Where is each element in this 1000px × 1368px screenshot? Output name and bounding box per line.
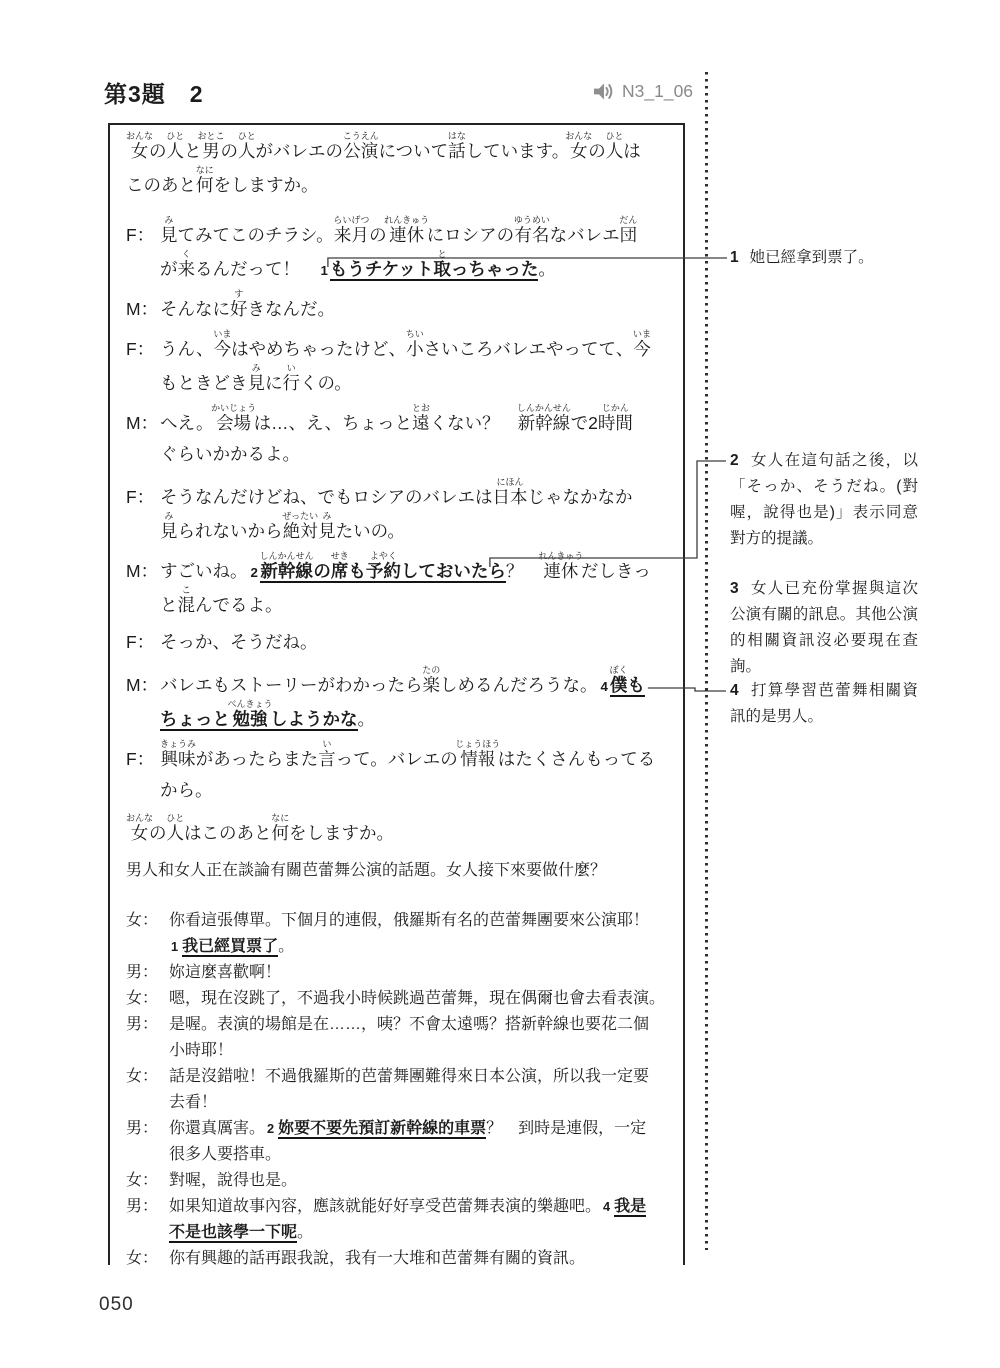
dialogue-line: 女：嗯，現在沒跳了，不過我小時候跳過芭蕾舞，現在偶爾也會去看表演。: [126, 986, 673, 1012]
answer-number: 4: [601, 679, 608, 694]
dialogue-turn: M：そんなに好すきなんだ。: [126, 289, 673, 323]
speaker-label: 女：: [126, 908, 169, 934]
dialogue-line: 女：你有興趣的話再跟我說，我有一大堆和芭蕾舞有關的資訊。: [126, 1246, 673, 1272]
dialogue-line: M：バレエもストーリーがわかったら楽たのしめるんだろうな。4僕ぼくも: [126, 665, 673, 699]
dialogue-turn: F：そっか、そうだね。: [126, 625, 673, 659]
ruby-annotated-text: 男おとこ: [202, 141, 221, 161]
dialogue-line: 女：你看這張傳單。下個月的連假，俄羅斯有名的芭蕾舞團要來公演耶！: [126, 908, 673, 934]
dialogue-line: 1我已經買票了。: [126, 934, 673, 960]
dialogue-line: F：そっか、そうだね。: [126, 625, 673, 659]
ruby-annotated-text: 勉強べんきょう: [230, 709, 270, 729]
speaker-label: M：: [126, 292, 160, 326]
dialogue-line: 男：你還真厲害。2妳要不要先預訂新幹線的車票？ 到時是連假，一定: [126, 1116, 673, 1142]
chinese-intro: 男人和女人正在談論有關芭蕾舞公演的話題。女人接下來要做什麼？: [126, 856, 673, 886]
speaker-label: 女：: [126, 1246, 169, 1272]
ruby-annotated-text: 見み: [160, 225, 178, 245]
dialogue-line: 男：妳這麼喜歡啊！: [126, 960, 673, 986]
speaker-label: F：: [126, 625, 160, 659]
ruby-annotated-text: 連休れんきゅう: [387, 225, 427, 245]
margin-note: 4打算學習芭蕾舞相關資訊的是男人。: [730, 678, 918, 730]
underlined-phrase: 不是也該學一下呢: [169, 1224, 297, 1243]
underlined-phrase: 新幹線しんかんせんの席せきも予約よやくしておいたら: [260, 561, 506, 583]
ruby-annotated-text: 絶対ぜったい: [283, 521, 319, 541]
dialogue-turn: 女：話是沒錯啦！不過俄羅斯的芭蕾舞團難得來日本公演，所以我一定要去看！: [126, 1064, 673, 1116]
underlined-phrase: 我已經買票了: [182, 938, 278, 957]
dialogue-line: ぐらいかかるよ。: [126, 437, 673, 471]
answer-number: 1: [171, 939, 178, 954]
dialogue-turn: 女：你有興趣的話再跟我說，我有一大堆和芭蕾舞有關的資訊。: [126, 1246, 673, 1272]
dialogue-turn: F：うん、今いまはやめちゃったけど、小ちいさいころバレエやってて、今いまもときど…: [126, 329, 673, 397]
note-number: 1: [730, 249, 739, 266]
dialogue-line: と混こんでるよ。: [126, 585, 673, 619]
dialogue-line: 小時耶！: [126, 1038, 673, 1064]
dialogue-line: 女：話是沒錯啦！不過俄羅斯的芭蕾舞團難得來日本公演，所以我一定要: [126, 1064, 673, 1090]
dialogue-line: 女おんなの人ひとと男おとこの人ひとがバレエの公演こうえんについて話はなしています…: [126, 131, 673, 165]
answer-number: 1: [321, 263, 328, 278]
dialogue-line: 見みられないから絶対ぜったい見みたいの。: [126, 511, 673, 545]
dialogue-turn: 男：你還真厲害。2妳要不要先預訂新幹線的車票？ 到時是連假，一定很多人要搭車。: [126, 1116, 673, 1168]
dialogue-line: M：へえ。会場かいじょうは…、え、ちょっと遠とおくない？ 新幹線しんかんせんで2…: [126, 403, 673, 437]
ruby-annotated-text: 見み: [160, 521, 178, 541]
dialogue-line: 男：如果知道故事內容，應該就能好好享受芭蕾舞表演的樂趣吧。4我是: [126, 1194, 673, 1220]
ruby-annotated-text: 今いま: [214, 339, 232, 359]
ruby-annotated-text: 人ひと: [167, 823, 185, 843]
ruby-annotated-text: 来く: [178, 259, 196, 279]
dialogue-turn: 男：如果知道故事內容，應該就能好好享受芭蕾舞表演的樂趣吧。4我是不是也該學一下呢…: [126, 1194, 673, 1246]
underlined-phrase: もうチケット取とっちゃった: [330, 259, 538, 281]
margin-note: 2女人在這句話之後，以「そっか、そうだね。(對喔，說得也是)」表示同意對方的提議…: [730, 448, 918, 552]
ruby-annotated-text: 席せき: [331, 561, 349, 581]
speaker-label: F：: [126, 218, 160, 252]
ruby-annotated-text: 来月らいげつ: [334, 225, 370, 245]
ruby-annotated-text: 今いま: [633, 339, 651, 359]
dialogue-turn: 女：對喔，說得也是。: [126, 1168, 673, 1194]
speaker-label: 女：: [126, 1064, 169, 1090]
dialogue-line: このあと何なにをしますか。: [126, 165, 673, 199]
ruby-annotated-text: 好す: [230, 299, 248, 319]
dialogue-line: から。: [126, 773, 673, 807]
answer-number: 2: [251, 565, 258, 580]
japanese-dialogue: F：見みてみてこのチラシ。来月らいげつの連休れんきゅうにロシアの有名ゆうめいなバ…: [126, 215, 673, 807]
dialogue-turn: 女：你看這張傳單。下個月的連假，俄羅斯有名的芭蕾舞團要來公演耶！1我已經買票了。: [126, 908, 673, 960]
audio-track: N3_1_06: [592, 81, 693, 102]
ruby-annotated-text: 行い: [283, 373, 301, 393]
ruby-annotated-text: 見み: [248, 373, 266, 393]
dialogue-line: F：そうなんだけどね、でもロシアのバレエは日本にほんじゃなかなか: [126, 477, 673, 511]
dialogue-line: 女おんなの人ひとはこのあと何なにをしますか。: [126, 813, 673, 847]
ruby-annotated-text: 興味きょうみ: [160, 749, 196, 769]
ruby-annotated-text: 時間じかん: [598, 413, 633, 433]
ruby-annotated-text: 女おんな: [126, 141, 149, 161]
speaker-label: 男：: [126, 1194, 169, 1220]
speaker-label: F：: [126, 480, 160, 514]
ruby-annotated-text: 話はな: [448, 141, 466, 161]
ruby-annotated-text: 予約よやく: [366, 561, 401, 581]
margin-note: 1她已經拿到票了。: [730, 245, 918, 271]
note-number: 2: [730, 452, 739, 469]
japanese-question: 女おんなの人ひとはこのあと何なにをしますか。: [126, 813, 673, 847]
ruby-annotated-text: 何なに: [272, 823, 290, 843]
dialogue-line: 去看！: [126, 1090, 673, 1116]
dialogue-turn: F：そうなんだけどね、でもロシアのバレエは日本にほんじゃなかなか見みられないから…: [126, 477, 673, 545]
ruby-annotated-text: 楽たの: [423, 675, 441, 695]
underlined-phrase: ちょっと勉強べんきょうしようかな: [160, 709, 358, 731]
speaker-label: 男：: [126, 1116, 169, 1142]
ruby-annotated-text: 何なに: [196, 175, 214, 195]
answer-number: 4: [603, 1199, 610, 1214]
ruby-annotated-text: 女おんな: [126, 823, 149, 843]
margin-notes-column: 1她已經拿到票了。2女人在這句話之後，以「そっか、そうだね。(對喔，說得也是)」…: [730, 0, 918, 1368]
underlined-phrase: 我是: [614, 1198, 646, 1217]
dialogue-turn: M：バレエもストーリーがわかったら楽たのしめるんだろうな。4僕ぼくもちょっと勉強…: [126, 665, 673, 733]
dialogue-line: 不是也該學一下呢。: [126, 1220, 673, 1246]
ruby-annotated-text: 団だん: [620, 225, 638, 245]
ruby-annotated-text: 連休れんきゅう: [541, 561, 581, 581]
page-title: 第3題2: [104, 76, 204, 109]
dialogue-line: M：そんなに好すきなんだ。: [126, 289, 673, 323]
dialogue-turn: F：興味きょうみがあったらまた言いって。バレエの情報じょうほうはたくさんもってる…: [126, 739, 673, 807]
ruby-annotated-text: 言い: [318, 749, 336, 769]
dialogue-line: F：見みてみてこのチラシ。来月らいげつの連休れんきゅうにロシアの有名ゆうめいなバ…: [126, 215, 673, 249]
dialogue-line: F：興味きょうみがあったらまた言いって。バレエの情報じょうほうはたくさんもってる: [126, 739, 673, 773]
ruby-annotated-text: 僕ぼく: [610, 675, 628, 695]
dialogue-turn: F：見みてみてこのチラシ。来月らいげつの連休れんきゅうにロシアの有名ゆうめいなバ…: [126, 215, 673, 283]
dialogue-line: 女：對喔，說得也是。: [126, 1168, 673, 1194]
speaker-label: 女：: [126, 1168, 169, 1194]
dialogue-line: F：うん、今いまはやめちゃったけど、小ちいさいころバレエやってて、今いま: [126, 329, 673, 363]
dialogue-line: 很多人要搭車。: [126, 1142, 673, 1168]
chinese-dialogue: 女：你看這張傳單。下個月的連假，俄羅斯有名的芭蕾舞團要來公演耶！1我已經買票了。…: [126, 908, 673, 1272]
ruby-annotated-text: 人ひと: [238, 141, 256, 161]
ruby-annotated-text: 小ちい: [406, 339, 424, 359]
ruby-annotated-text: 会場かいじょう: [214, 413, 254, 433]
dialogue-turn: 女：嗯，現在沒跳了，不過我小時候跳過芭蕾舞，現在偶爾也會去看表演。: [126, 986, 673, 1012]
ruby-annotated-text: 日本にほん: [493, 487, 528, 507]
audio-label: N3_1_06: [622, 81, 693, 102]
note-number: 4: [730, 682, 739, 699]
margin-note: 3女人已充份掌握與這次公演有關的訊息。其他公演的相關資訊沒必要現在查詢。: [730, 576, 918, 680]
note-number: 3: [730, 580, 739, 597]
ruby-annotated-text: 見み: [318, 521, 336, 541]
speaker-label: 男：: [126, 1012, 169, 1038]
ruby-annotated-text: 女おんな: [569, 141, 588, 161]
speaker-label: F：: [126, 742, 160, 776]
dialogue-turn: 男：妳這麼喜歡啊！: [126, 960, 673, 986]
dialogue-line: もときどき見みに行いくの。: [126, 363, 673, 397]
dialogue-turn: 男：是喔。表演的場館是在……，咦？不會太遠嗎？搭新幹線也要花二個小時耶！: [126, 1012, 673, 1064]
dialogue-turn: M：へえ。会場かいじょうは…、え、ちょっと遠とおくない？ 新幹線しんかんせんで2…: [126, 403, 673, 471]
ruby-annotated-text: 遠とお: [412, 413, 430, 433]
dialogue-line: が来くるんだって！ 1もうチケット取とっちゃった。: [126, 249, 673, 283]
ruby-annotated-text: 混こ: [178, 595, 196, 615]
ruby-annotated-text: 新幹線しんかんせん: [517, 413, 571, 433]
ruby-annotated-text: 人ひと: [167, 141, 185, 161]
textbook-page: 第3題2 N3_1_06 女おんなの人ひとと男おとこの人ひとがバレエの公演こうえ…: [0, 0, 1000, 1368]
speaker-label: 男：: [126, 960, 169, 986]
dialogue-turn: M：すごいね。2新幹線しんかんせんの席せきも予約よやくしておいたら？ 連休れんき…: [126, 551, 673, 619]
ruby-annotated-text: 取と: [433, 259, 451, 279]
underlined-phrase: 僕ぼくも: [610, 675, 645, 697]
answer-number: 2: [267, 1121, 274, 1136]
speaker-label: F：: [126, 332, 160, 366]
dialogue-line: ちょっと勉強べんきょうしようかな。: [126, 699, 673, 733]
item-number: 2: [190, 81, 204, 107]
dotted-divider: [705, 72, 708, 1250]
speaker-label: 女：: [126, 986, 169, 1012]
page-number: 050: [99, 1294, 134, 1316]
ruby-annotated-text: 情報じょうほう: [458, 749, 498, 769]
speaker-icon: [592, 81, 615, 102]
ruby-annotated-text: 公演こうえん: [343, 141, 379, 161]
ruby-annotated-text: 新幹線しんかんせん: [260, 561, 314, 581]
speaker-label: M：: [126, 554, 160, 588]
dialogue-line: 男：是喔。表演的場館是在……，咦？不會太遠嗎？搭新幹線也要花二個: [126, 1012, 673, 1038]
speaker-label: M：: [126, 406, 160, 440]
ruby-annotated-text: 人ひと: [606, 141, 624, 161]
speaker-label: M：: [126, 668, 160, 702]
underlined-phrase: 妳要不要先預訂新幹線的車票: [278, 1120, 486, 1139]
listening-passage-box: 女おんなの人ひとと男おとこの人ひとがバレエの公演こうえんについて話はなしています…: [108, 123, 685, 1265]
dialogue-line: M：すごいね。2新幹線しんかんせんの席せきも予約よやくしておいたら？ 連休れんき…: [126, 551, 673, 585]
section-title: 第3題: [104, 81, 166, 107]
ruby-annotated-text: 有名ゆうめい: [514, 225, 550, 245]
japanese-intro: 女おんなの人ひとと男おとこの人ひとがバレエの公演こうえんについて話はなしています…: [126, 131, 673, 199]
